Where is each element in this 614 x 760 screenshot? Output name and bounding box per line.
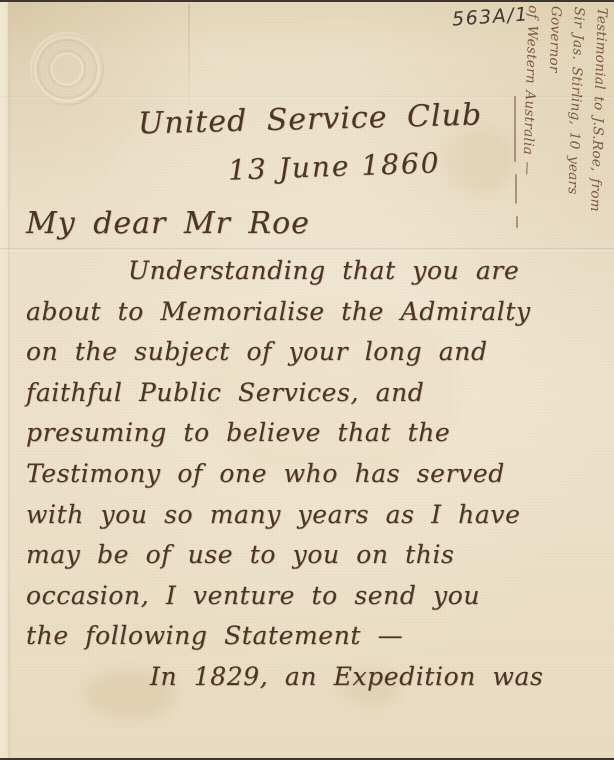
archive-number: 563A/1 bbox=[451, 3, 529, 30]
embossed-seal-icon bbox=[30, 32, 104, 106]
body-line: on the subject of your long and bbox=[26, 337, 592, 378]
body-line: Testimony of one who has served bbox=[26, 459, 592, 500]
body-line: about to Memorialise the Admiralty bbox=[26, 297, 592, 338]
margin-annotation-line: Sir Jas. Stirling, 10 years Governor bbox=[535, 6, 590, 257]
letter-paper: 563A/1 Testimonial to J.S.Roe, from Sir … bbox=[0, 2, 614, 758]
letter-date: 13 June 1860 bbox=[227, 146, 441, 186]
body-line: faithful Public Services, and bbox=[26, 378, 592, 419]
letter-scan: 563A/1 Testimonial to J.S.Roe, from Sir … bbox=[0, 0, 614, 760]
body-line: presuming to believe that the bbox=[26, 418, 592, 459]
paper-left-edge bbox=[0, 2, 10, 758]
margin-annotation-rule bbox=[515, 174, 517, 204]
body-line: may be of use to you on this bbox=[26, 540, 592, 581]
margin-annotation-rule bbox=[514, 96, 516, 162]
body-line: occasion, I venture to send you bbox=[26, 581, 592, 622]
salutation: My dear Mr Roe bbox=[26, 206, 310, 241]
body-line: with you so many years as I have bbox=[26, 500, 592, 541]
margin-annotation: Testimonial to J.S.Roe, from Sir Jas. St… bbox=[528, 5, 613, 258]
body-line: In 1829, an Expedition was bbox=[26, 662, 592, 703]
body-line: the following Statement — bbox=[26, 621, 592, 662]
paper-stain bbox=[445, 130, 515, 194]
margin-annotation-rule bbox=[516, 216, 518, 228]
letter-body: Understanding that you are about to Memo… bbox=[26, 256, 592, 703]
body-line: Understanding that you are bbox=[26, 256, 592, 297]
